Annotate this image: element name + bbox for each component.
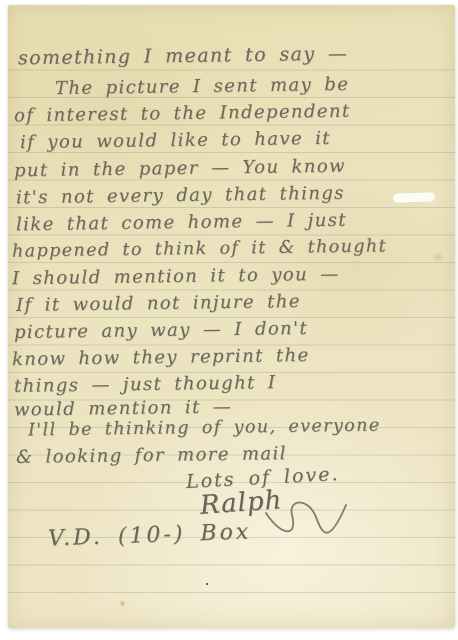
handwriting-line: it's not every day that things	[16, 183, 345, 209]
ink-speck	[206, 583, 208, 585]
handwriting-line: of interest to the Independent	[14, 101, 351, 127]
handwriting-line: I should mention it to you —	[12, 264, 340, 290]
address-notation: V.D. (10-) Box	[48, 519, 252, 551]
scanned-letter-image: something I meant to say — The picture I…	[0, 0, 458, 640]
signature: Ralph	[199, 485, 283, 521]
handwriting-line: If it would not injure the	[16, 291, 301, 316]
foxing-spot	[119, 600, 126, 607]
handwriting-line: would mention it —	[14, 396, 232, 420]
handwriting-line: & looking for more mail	[16, 443, 287, 468]
handwriting-line: happened to think of it & thought	[12, 236, 387, 261]
handwriting-line: like that come home — I just	[16, 210, 347, 236]
handwriting-line: picture any way — I don't	[14, 318, 308, 343]
foxing-spot	[432, 252, 444, 262]
erasure-mark	[393, 192, 435, 202]
handwriting-line: put in the paper — You know	[14, 156, 346, 182]
handwriting-line: The picture I sent may be	[55, 74, 350, 99]
handwriting-line: something I meant to say —	[18, 43, 349, 70]
handwriting-line: things — just thought I	[14, 372, 277, 397]
handwriting-line: if you would like to have it	[20, 128, 331, 153]
handwriting-line: know how they reprint the	[12, 345, 310, 370]
handwriting-line: I'll be thinking of you, everyone	[28, 416, 381, 441]
letter-paper: something I meant to say — The picture I…	[8, 5, 455, 628]
